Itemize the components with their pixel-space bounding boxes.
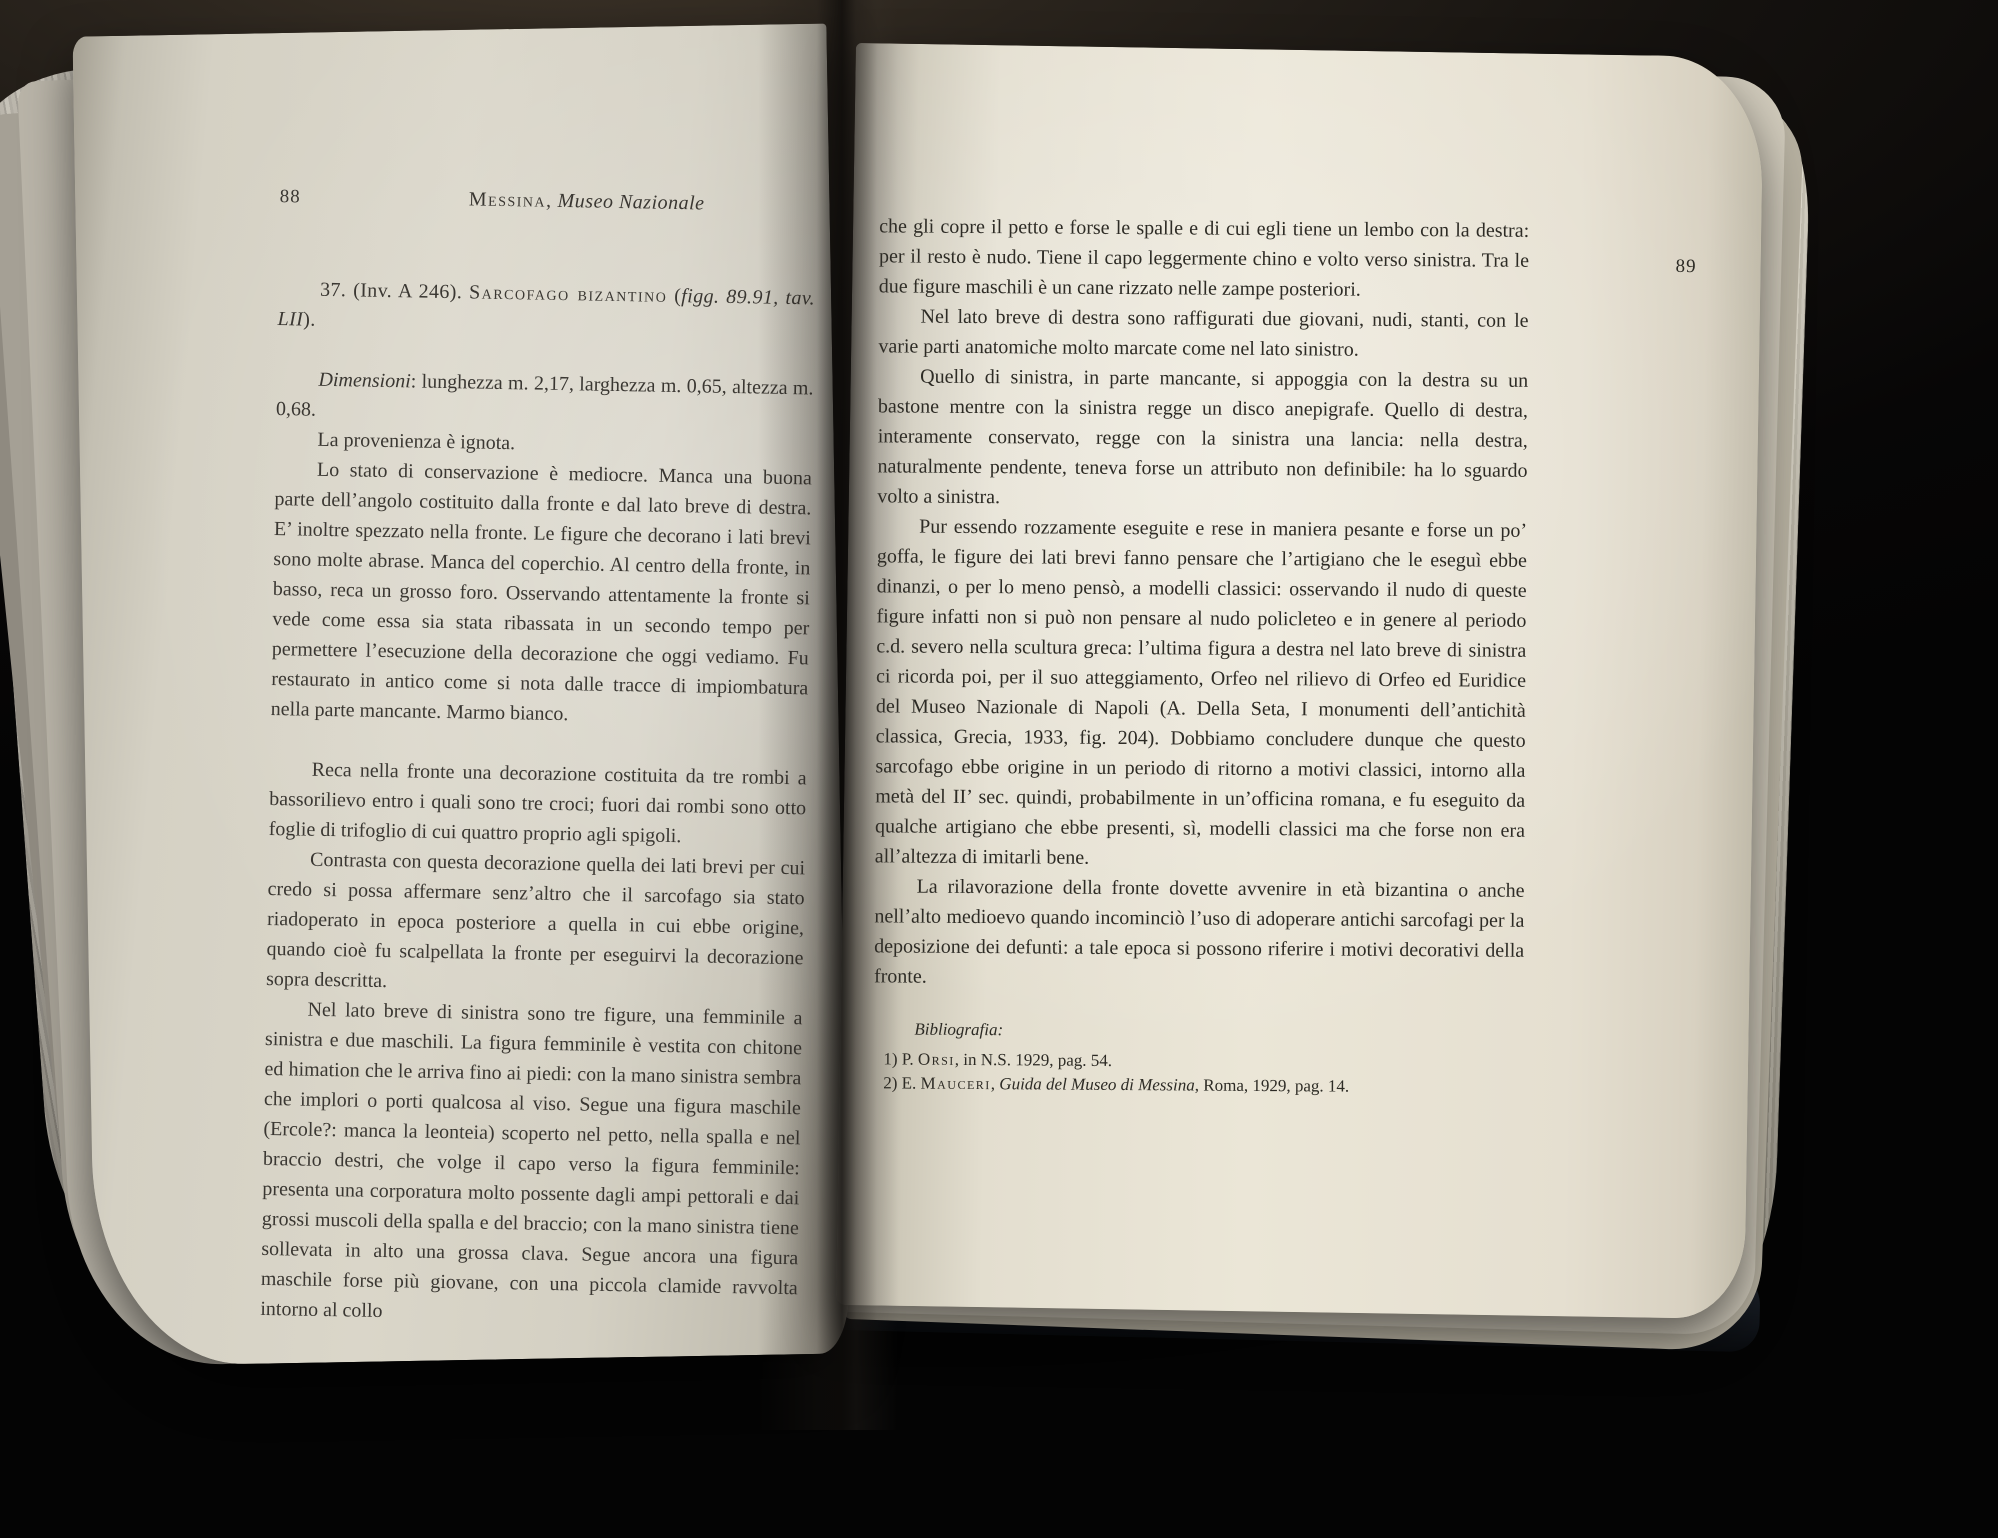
bibliography-label: Bibliografia: [874,1017,1524,1046]
paragraph-contrast: Contrasta con questa decorazione quella … [266,844,806,1003]
bibliography-item: 2) E. Mauceri, Guida del Museo di Messin… [873,1071,1523,1100]
paragraph-figures: Quello di sinistra, in parte mancante, s… [877,361,1528,516]
bibliography-label-text: Bibliografia: [914,1020,1003,1040]
paragraph-conservation: Lo stato di conservazione è mediocre. Ma… [271,454,813,733]
entry-refs-close: ). [303,309,316,331]
paragraph-continuation: che gli copre il petto e forse le spalle… [879,211,1530,306]
bibliography-item-prefix: 1) P. [883,1049,918,1068]
paragraph-style: Pur essendo rozzamente eseguite e rese i… [875,511,1527,876]
right-page: 89 che gli copre il petto e forse le spa… [836,43,1764,1319]
bibliography-item-sep: , [991,1074,1000,1093]
right-page-text: che gli copre il petto e forse le spalle… [873,211,1529,1100]
running-head-place: Messina, [469,188,553,211]
paragraph-dimensions: Dimensioni: lunghezza m. 2,17, larghezza… [276,364,814,433]
left-page-text: 88 Messina, Museo Nazionale 37. (Inv. A … [260,181,817,1333]
paragraph-rework: La rilavorazione della fronte dovette av… [874,871,1525,996]
entry-number: 37. (Inv. A 246). [320,279,469,304]
bibliography-item-prefix: 2) E. [883,1073,920,1092]
entry-refs-open: ( [667,285,681,307]
dimensions-label: Dimensioni [318,369,411,393]
entry-heading: 37. (Inv. A 246). Sarcofago bizantino (f… [277,274,815,343]
left-page-header: 88 Messina, Museo Nazionale [279,181,816,221]
paragraph-left-side: Nel lato breve di sinistra sono tre figu… [260,994,803,1333]
page-number-left: 88 [279,182,301,212]
running-head: Messina, Museo Nazionale [300,181,816,220]
bibliography-item-rest: , in N.S. 1929, pag. 54. [955,1050,1112,1070]
bibliography-item-title: Guida del Museo di Messina [999,1074,1195,1094]
paragraph-decoration: Reca nella fronte una decorazione costit… [268,754,806,853]
paragraph-right-side: Nel lato breve di destra sono raffigurat… [878,301,1528,366]
page-number-right: 89 [1675,256,1696,278]
bibliography-item-rest: , Roma, 1929, pag. 14. [1195,1076,1350,1096]
left-page: 88 Messina, Museo Nazionale 37. (Inv. A … [72,24,849,1367]
entry-title: Sarcofago bizantino [469,281,668,306]
running-head-title: Museo Nazionale [557,190,704,215]
bibliography-item-author: Mauceri [920,1074,990,1093]
bibliography-item-author: Orsi [918,1050,955,1069]
bibliography: Bibliografia: 1) P. Orsi, in N.S. 1929, … [873,1017,1524,1100]
